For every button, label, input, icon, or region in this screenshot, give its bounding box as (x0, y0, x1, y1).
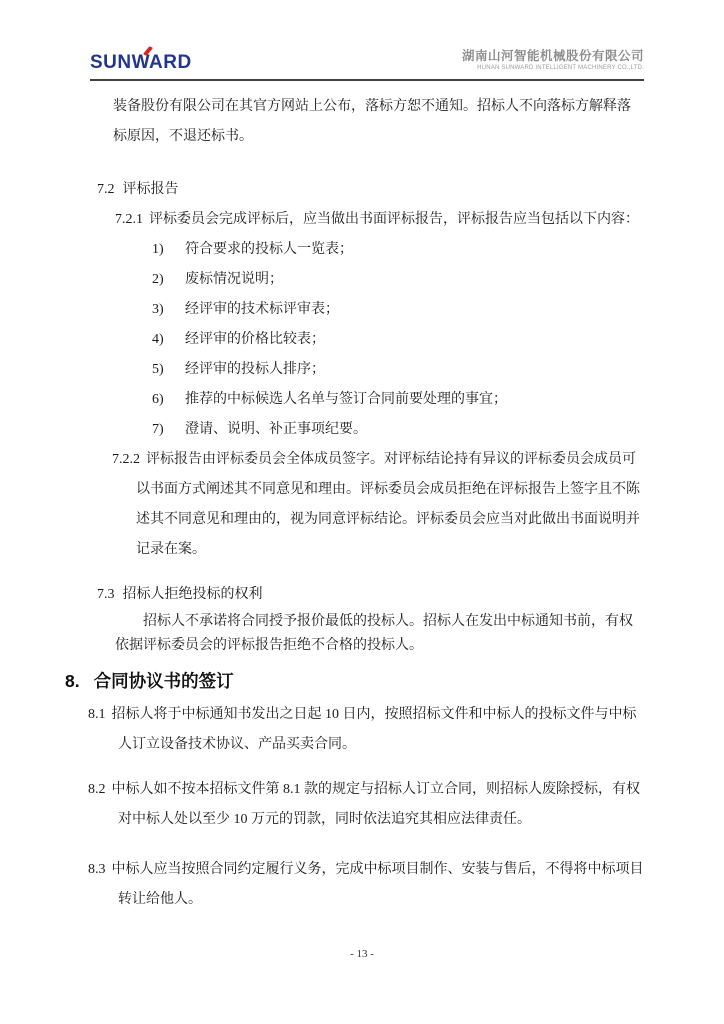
clause-text: 评标报告由评标委员会全体成员签字。对评标结论持有异议的评标委员会成员可以书面方式… (136, 452, 640, 557)
company-block: 湖南山河智能机械股份有限公司 HUNAN SUNWARD INTELLIGENT… (462, 49, 644, 72)
list-item-text: 经评审的技术标评审表； (185, 302, 339, 317)
page-footer: - 13 - (0, 948, 724, 960)
intro-paragraph: 装备股份有限公司在其官方网站上公布，落标方恕不通知。招标人不向落标方解释落标原因… (113, 92, 643, 152)
list-marker: 6) (152, 385, 172, 415)
list-marker: 3) (152, 295, 172, 325)
list-item: 2)废标情况说明； (152, 265, 643, 295)
document-page: SUNWARD 湖南山河智能机械股份有限公司 HUNAN SUNWARD INT… (0, 0, 724, 1024)
company-name-en: HUNAN SUNWARD INTELLIGENT MACHINERY CO.,… (462, 65, 644, 72)
clause-8-1: 8.1招标人将于中标通知书发出之日起 10 日内，按照招标文件和中标人的投标文件… (118, 700, 644, 760)
list-marker: 7) (152, 415, 172, 445)
section-8-heading: 8.合同协议书的签订 (65, 668, 644, 695)
list-item-text: 推荐的中标候选人名单与签订合同前要处理的事宜； (185, 392, 507, 407)
list-item-text: 废标情况说明； (185, 272, 283, 287)
section-number: 8. (65, 671, 80, 691)
clause-text: 招标人将于中标通知书发出之日起 10 日内，按照招标文件和中标人的投标文件与中标… (112, 707, 637, 752)
clause-8-2: 8.2中标人如不按本招标文件第 8.1 款的规定与招标人订立合同，则招标人废除授… (118, 775, 644, 835)
list-marker: 1) (152, 235, 172, 265)
clause-number: 8.1 (88, 707, 106, 722)
section-title: 招标人拒绝投标的权利 (123, 587, 263, 602)
section-7-3-heading: 7.3招标人拒绝投标的权利 (97, 580, 643, 610)
list-item-text: 经评审的价格比较表； (185, 332, 325, 347)
section-title: 评标报告 (123, 182, 179, 197)
sunward-logo: SUNWARD (90, 53, 192, 72)
clause-number: 8.3 (88, 862, 106, 877)
list-item: 5)经评审的投标人排序； (152, 355, 643, 385)
list-item: 6)推荐的中标候选人名单与签订合同前要处理的事宜； (152, 385, 643, 415)
section-title: 合同协议书的签订 (94, 671, 234, 691)
clause-8-3: 8.3中标人应当按照合同约定履行义务，完成中标项目制作、安装与售后，不得将中标项… (118, 855, 644, 915)
list-item-text: 澄请、说明、补正事项纪要。 (185, 422, 367, 437)
page-number: - 13 - (350, 948, 374, 960)
document-body: 装备股份有限公司在其官方网站上公布，落标方恕不通知。招标人不向落标方解释落标原因… (0, 83, 724, 915)
list-marker: 2) (152, 265, 172, 295)
section-7-3-paragraph: 招标人不承诺将合同授予报价最低的投标人。招标人在发出中标通知书前，有权依据评标委… (115, 610, 639, 658)
clause-text: 中标人如不按本招标文件第 8.1 款的规定与招标人订立合同，则招标人废除授标，有… (112, 782, 641, 827)
page-header: SUNWARD 湖南山河智能机械股份有限公司 HUNAN SUNWARD INT… (90, 0, 644, 81)
list-marker: 5) (152, 355, 172, 385)
list-item: 7)澄请、说明、补正事项纪要。 (152, 415, 643, 445)
clause-7-2-1: 7.2.1评标委员会完成评标后，应当做出书面评标报告，评标报告应当包括以下内容： (115, 205, 669, 235)
section-7-2-heading: 7.2评标报告 (97, 175, 643, 205)
report-items-list: 1)符合要求的投标人一览表； 2)废标情况说明； 3)经评审的技术标评审表； 4… (152, 235, 643, 445)
list-item-text: 经评审的投标人排序； (185, 362, 325, 377)
clause-text: 中标人应当按照合同约定履行义务，完成中标项目制作、安装与售后，不得将中标项目转让… (112, 862, 644, 907)
clause-number: 8.2 (88, 782, 106, 797)
clause-7-2-2: 7.2.2评标报告由评标委员会全体成员签字。对评标结论持有异议的评标委员会成员可… (136, 445, 644, 565)
clause-number: 7.2.2 (112, 452, 140, 467)
clause-text: 评标委员会完成评标后，应当做出书面评标报告，评标报告应当包括以下内容： (149, 212, 639, 227)
list-marker: 4) (152, 325, 172, 355)
list-item-text: 符合要求的投标人一览表； (185, 242, 353, 257)
list-item: 4)经评审的价格比较表； (152, 325, 643, 355)
sunward-logo-text: SUNWARD (90, 52, 192, 73)
clause-number: 7.2.1 (115, 212, 143, 227)
company-name-cn: 湖南山河智能机械股份有限公司 (462, 49, 644, 63)
section-number: 7.2 (97, 182, 115, 197)
section-number: 7.3 (97, 587, 115, 602)
list-item: 3)经评审的技术标评审表； (152, 295, 643, 325)
list-item: 1)符合要求的投标人一览表； (152, 235, 643, 265)
